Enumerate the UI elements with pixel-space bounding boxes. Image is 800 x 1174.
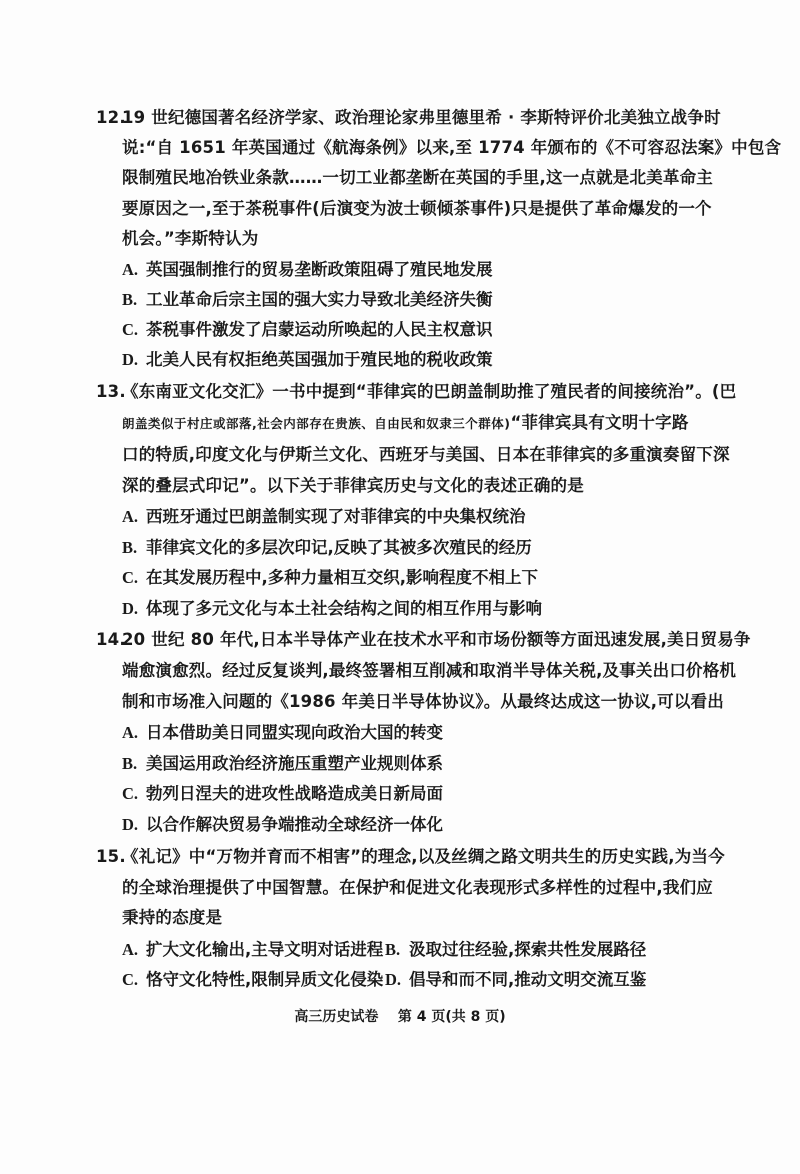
option-a: A.英国强制推行的贸易垄断政策阻碍了殖民地发展 — [122, 259, 493, 281]
option-letter: C. — [122, 783, 146, 805]
option-d: D.体现了多元文化与本土社会结构之间的相互作用与影响 — [122, 598, 542, 620]
option-d: D.北美人民有权拒绝英国强加于殖民地的税收政策 — [122, 349, 493, 371]
option-text: 汲取过往经验,探索共性发展路径 — [409, 940, 646, 959]
option-a: A.日本借助美日同盟实现向政治大国的转变 — [122, 722, 443, 744]
option-c: C.在其发展历程中,多种力量相互交织,影响程度不相上下 — [122, 567, 538, 589]
question-stem-line: 说:“自 1651 年英国通过《航海条例》以来,至 1774 年颁布的《不可容忍… — [122, 137, 781, 159]
option-text: 西班牙通过巴朗盖制实现了对菲律宾的中央集权统治 — [146, 507, 526, 526]
option-letter: A. — [122, 722, 146, 744]
option-letter: D. — [122, 814, 146, 836]
option-text: 在其发展历程中,多种力量相互交织,影响程度不相上下 — [146, 568, 538, 587]
question-stem-line: 要原因之一,至于茶税事件(后演变为波士顿倾茶事件)只是提供了革命爆发的一个 — [122, 198, 712, 220]
option-b: B.工业革命后宗主国的强大实力导致北美经济失衡 — [122, 289, 493, 311]
option-letter: D. — [385, 969, 409, 991]
option-letter: A. — [122, 259, 146, 281]
option-a: A.扩大文化输出,主导文明对话进程 — [122, 939, 383, 961]
option-text: 体现了多元文化与本土社会结构之间的相互作用与影响 — [146, 599, 542, 618]
option-c: C.恪守文化特性,限制异质文化侵染 — [122, 969, 383, 991]
question-stem-line: 《礼记》中“万物并育而不相害”的理念,以及丝绸之路文明共生的历史实践,为当今 — [122, 846, 725, 868]
question-stem-line: 制和市场准入问题的《1986 年美日半导体协议》。从最终达成这一协议,可以看出 — [122, 691, 724, 713]
option-text: 美国运用政治经济施压重塑产业规则体系 — [146, 754, 443, 773]
question-stem-line: 端愈演愈烈。经过反复谈判,最终签署相互削减和取消半导体关税,及事关出口价格机 — [122, 660, 736, 682]
option-letter: D. — [122, 598, 146, 620]
option-text: 工业革命后宗主国的强大实力导致北美经济失衡 — [146, 290, 493, 309]
option-text: 倡导和而不同,推动文明交流互鉴 — [409, 970, 646, 989]
question-stem-line: 《东南亚文化交汇》一书中提到“菲律宾的巴朗盖制助推了殖民者的间接统治”。(巴 — [122, 381, 736, 403]
option-d: D.倡导和而不同,推动文明交流互鉴 — [385, 969, 646, 991]
option-text: 日本借助美日同盟实现向政治大国的转变 — [146, 723, 443, 742]
option-letter: B. — [122, 537, 146, 559]
exam-page: 12. 19 世纪德国著名经济学家、政治理论家弗里德里希 · 李斯特评价北美独立… — [0, 0, 800, 1174]
question-stem-line: 秉持的态度是 — [122, 907, 222, 929]
option-text: 扩大文化输出,主导文明对话进程 — [146, 940, 383, 959]
option-letter: C. — [122, 969, 146, 991]
option-letter: C. — [122, 319, 146, 341]
option-text: 勃列日涅夫的进攻性战略造成美日新局面 — [146, 784, 443, 803]
question-stem-line: 20 世纪 80 年代,日本半导体产业在技术水平和市场份额等方面迅速发展,美日贸… — [122, 629, 751, 651]
option-d: D.以合作解决贸易争端推动全球经济一体化 — [122, 814, 443, 836]
option-text: 恪守文化特性,限制异质文化侵染 — [146, 970, 383, 989]
option-text: 茶税事件激发了启蒙运动所唤起的人民主权意识 — [146, 320, 493, 339]
question-stem-line: 机会。”李斯特认为 — [122, 228, 258, 250]
question-stem-line: 朗盖类似于村庄或部落,社会内部存在贵族、自由民和奴隶三个群体)“菲律宾具有文明十… — [122, 412, 689, 435]
option-b: B.菲律宾文化的多层次印记,反映了其被多次殖民的经历 — [122, 537, 532, 559]
stem-text: “菲律宾具有文明十字路 — [510, 413, 688, 432]
option-letter: B. — [122, 753, 146, 775]
option-a: A.西班牙通过巴朗盖制实现了对菲律宾的中央集权统治 — [122, 506, 526, 528]
option-b: B.美国运用政治经济施压重塑产业规则体系 — [122, 753, 443, 775]
option-text: 英国强制推行的贸易垄断政策阻碍了殖民地发展 — [146, 260, 493, 279]
option-c: C.勃列日涅夫的进攻性战略造成美日新局面 — [122, 783, 443, 805]
option-letter: B. — [385, 939, 409, 961]
option-letter: D. — [122, 349, 146, 371]
option-letter: A. — [122, 939, 146, 961]
option-b: B.汲取过往经验,探索共性发展路径 — [385, 939, 646, 961]
question-stem-line: 限制殖民地冶铁业条款……一切工业都垄断在英国的手里,这一点就是北美革命主 — [122, 167, 713, 189]
option-letter: B. — [122, 289, 146, 311]
option-text: 以合作解决贸易争端推动全球经济一体化 — [146, 815, 443, 834]
option-letter: A. — [122, 506, 146, 528]
page-footer: 高三历史试卷 第 4 页(共 8 页) — [0, 1006, 800, 1026]
question-stem-line: 的全球治理提供了中国智慧。在保护和促进文化表现形式多样性的过程中,我们应 — [122, 877, 713, 899]
option-text: 北美人民有权拒绝英国强加于殖民地的税收政策 — [146, 350, 493, 369]
option-c: C.茶税事件激发了启蒙运动所唤起的人民主权意识 — [122, 319, 493, 341]
stem-annotation: 朗盖类似于村庄或部落,社会内部存在贵族、自由民和奴隶三个群体) — [122, 416, 510, 431]
option-text: 菲律宾文化的多层次印记,反映了其被多次殖民的经历 — [146, 538, 532, 557]
question-stem-line: 19 世纪德国著名经济学家、政治理论家弗里德里希 · 李斯特评价北美独立战争时 — [122, 107, 721, 129]
question-stem-line: 口的特质,印度文化与伊斯兰文化、西班牙与美国、日本在菲律宾的多重演奏留下深 — [122, 444, 730, 466]
option-letter: C. — [122, 567, 146, 589]
question-stem-line: 深的叠层式印记”。以下关于菲律宾历史与文化的表述正确的是 — [122, 475, 584, 497]
